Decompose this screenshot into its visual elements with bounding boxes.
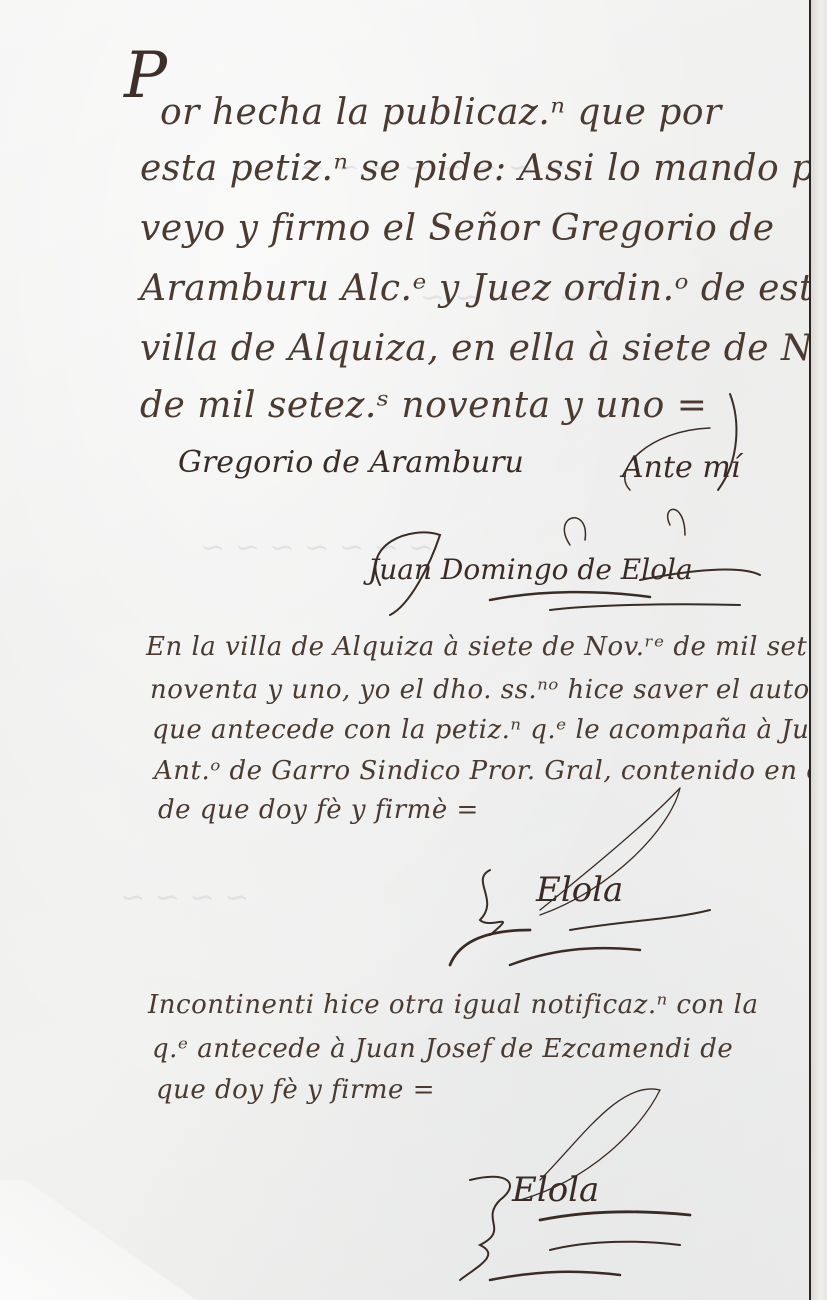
page-fold-corner <box>0 1180 260 1300</box>
text-line: Incontinenti hice otra igual notificaz.ⁿ… <box>148 990 758 1020</box>
adjacent-page-edge <box>811 0 827 1300</box>
text-line: esta petiz.ⁿ se pide: Assi lo mando pro- <box>140 148 827 189</box>
text-line: noventa y uno, yo el dho. ss.ⁿᵒ hice sav… <box>150 675 810 705</box>
text-line: q.ᵉ antecede à Juan Josef de Ezcamendi d… <box>152 1034 733 1064</box>
text-line: veyo y firmo el Señor Gregorio de <box>140 208 775 249</box>
text-line: que doy fè y firme = <box>156 1075 435 1105</box>
signature-gregorio-de-aramburu: Gregorio de Aramburu <box>178 445 524 480</box>
signature-elola-2: Elola <box>512 1170 599 1210</box>
text-line: Aramburu Alc.ᵉ y Juez ordin.ᵒ de esta <box>140 268 827 309</box>
text-line: que antecede con la petiz.ⁿ q.ᵉ le acomp… <box>152 715 827 745</box>
text-line: villa de Alquiza, en ella à siete de Nov… <box>140 328 827 369</box>
text-line: En la villa de Alquiza à siete de Nov.ʳᵉ… <box>146 632 827 662</box>
show-through-text: ~ ~ ~ ~ <box>120 880 249 915</box>
signature-elola: Elola <box>536 870 623 910</box>
signature-juan-domingo-de-elola: Juan Domingo de Elola <box>368 553 693 586</box>
text-line: or hecha la publicaz.ⁿ que por <box>160 92 722 133</box>
manuscript-page: ~ ~ ~ ~ ~ ~ ~ ~ ~ ~ ~ ~ ~ ~ ~ ~ ~ ~ ~ ~ … <box>0 0 810 1300</box>
signature-ante-mi: Ante mí <box>622 450 740 485</box>
